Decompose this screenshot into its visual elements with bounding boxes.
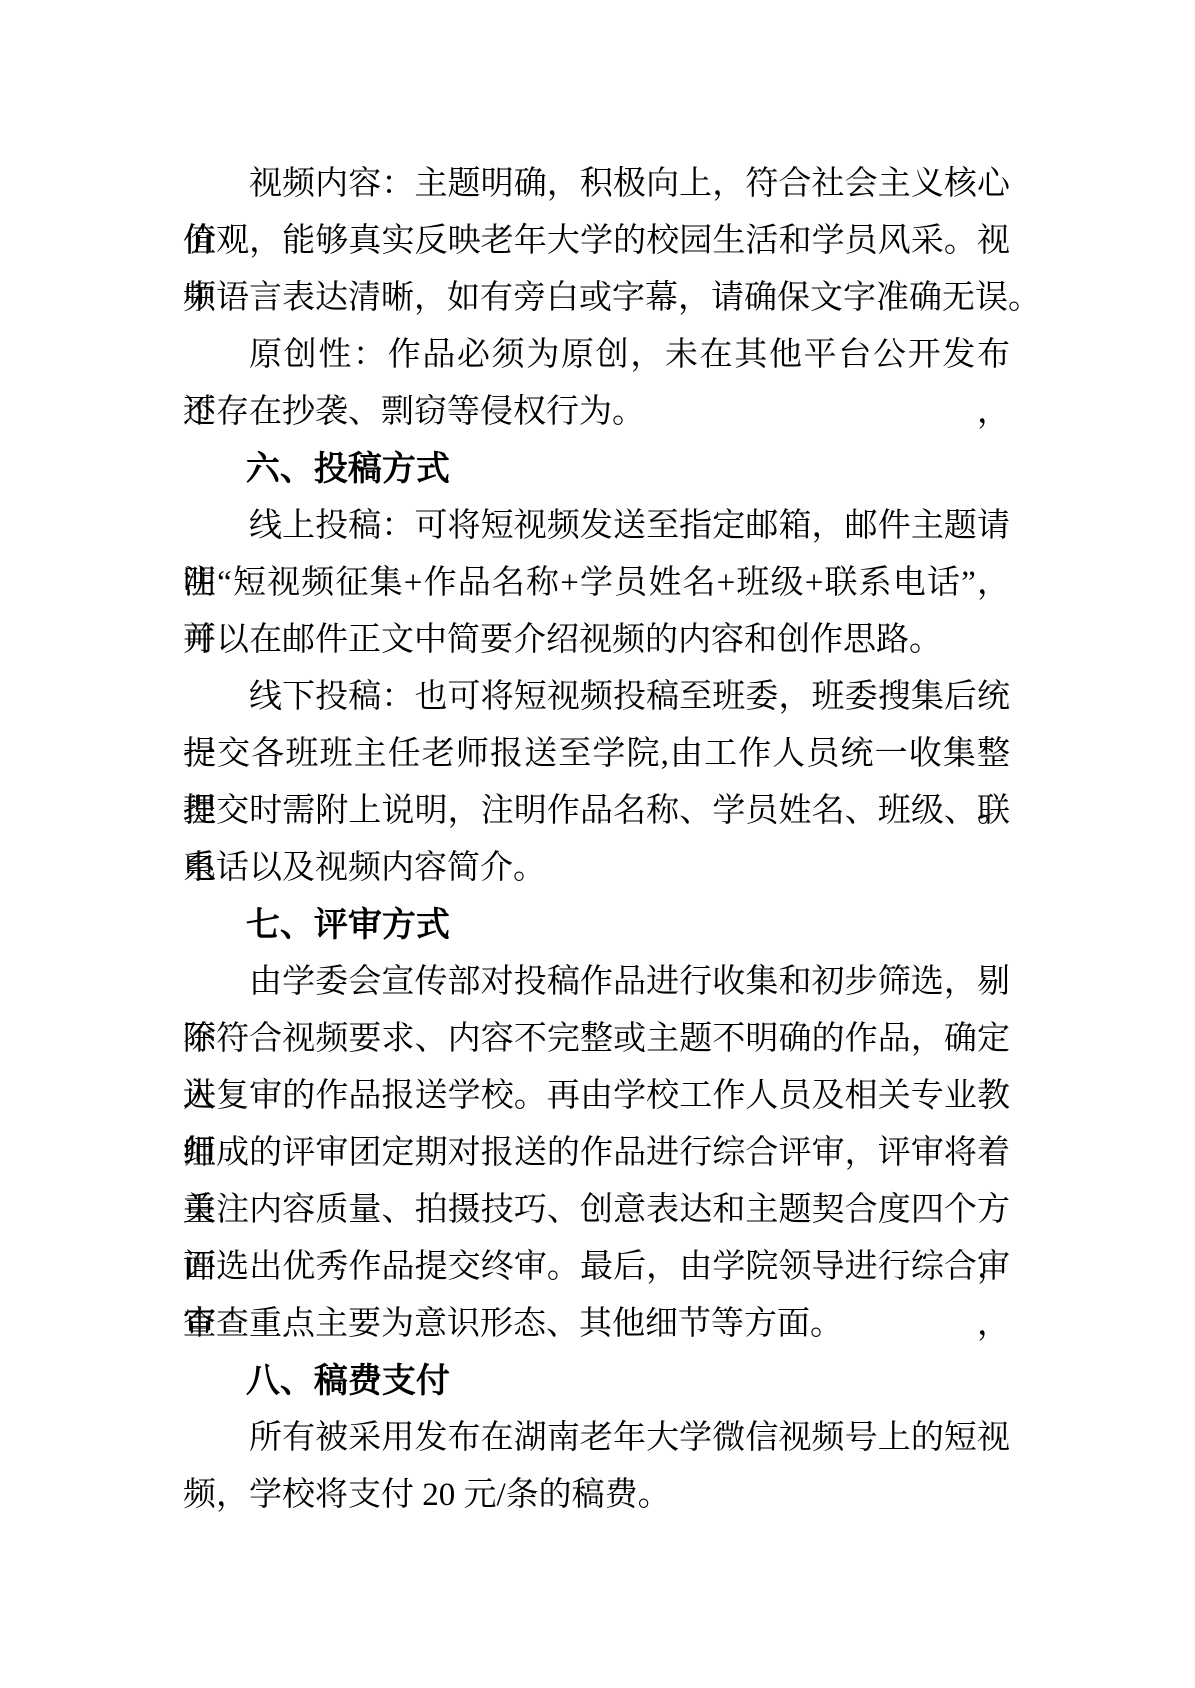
paragraph-online-submission: 线上投稿：可将短视频发送至指定邮箱，邮件主题请注 明“短视频征集+作品名称+学员… [183, 498, 1010, 669]
text-line: 原创性：作品必须为原创，未在其他平台公开发布过， [183, 327, 1010, 384]
text-line: 线上投稿：可将短视频发送至指定邮箱，邮件主题请注 [183, 498, 1010, 555]
paragraph-video-content: 视频内容：主题明确，积极向上，符合社会主义核心价 值观，能够真实反映老年大学的校… [183, 156, 1010, 327]
text-line: 线下投稿：也可将短视频投稿至班委，班委搜集后统一 [183, 669, 1010, 726]
section-heading-fee-payment: 八、稿费支付 [183, 1353, 1010, 1410]
text-line: 入复审的作品报送学校。再由学校工作人员及相关专业教师 [183, 1068, 1010, 1125]
paragraph-offline-submission: 线下投稿：也可将短视频投稿至班委，班委搜集后统一 提交各班班主任老师报送至学院,… [183, 669, 1010, 897]
text-line: 不符合视频要求、内容不完整或主题不明确的作品，确定进 [183, 1011, 1010, 1068]
text-line: 值观，能够真实反映老年大学的校园生活和学员风采。视频 [183, 213, 1010, 270]
text-line: 评选出优秀作品提交终审。最后，由学院领导进行综合审查， [183, 1239, 1010, 1296]
text-line: 视频内容：主题明确，积极向上，符合社会主义核心价 [183, 156, 1010, 213]
text-line: 可以在邮件正文中简要介绍视频的内容和创作思路。 [183, 612, 1010, 669]
text-line: 组成的评审团定期对报送的作品进行综合评审，评审将着重 [183, 1125, 1010, 1182]
text-line: 提交各班班主任老师报送至学院,由工作人员统一收集整理。 [183, 726, 1010, 783]
paragraph-fee-payment: 所有被采用发布在湖南老年大学微信视频号上的短视 频，学校将支付 20 元/条的稿… [183, 1410, 1010, 1524]
text-line: 中语言表达清晰，如有旁白或字幕，请确保文字准确无误。 [183, 270, 1010, 327]
section-heading-submission-method: 六、投稿方式 [183, 441, 1010, 498]
document-page: 视频内容：主题明确，积极向上，符合社会主义核心价 值观，能够真实反映老年大学的校… [0, 0, 1195, 1688]
text-line: 明“短视频征集+作品名称+学员姓名+班级+联系电话”，并 [183, 555, 1010, 612]
text-line: 由学委会宣传部对投稿作品进行收集和初步筛选，剔除 [183, 954, 1010, 1011]
paragraph-review-process: 由学委会宣传部对投稿作品进行收集和初步筛选，剔除 不符合视频要求、内容不完整或主… [183, 954, 1010, 1353]
paragraph-originality: 原创性：作品必须为原创，未在其他平台公开发布过， 不存在抄袭、剽窃等侵权行为。 [183, 327, 1010, 441]
document-content: 视频内容：主题明确，积极向上，符合社会主义核心价 值观，能够真实反映老年大学的校… [183, 156, 1010, 1524]
text-line: 关注内容质量、拍摄技巧、创意表达和主题契合度四个方面， [183, 1182, 1010, 1239]
section-heading-review-method: 七、评审方式 [183, 897, 1010, 954]
text-line: 所有被采用发布在湖南老年大学微信视频号上的短视 [183, 1410, 1010, 1467]
text-line: 提交时需附上说明，注明作品名称、学员姓名、班级、联系 [183, 783, 1010, 840]
text-line: 电话以及视频内容简介。 [183, 840, 1010, 897]
text-line: 频，学校将支付 20 元/条的稿费。 [183, 1467, 1010, 1524]
